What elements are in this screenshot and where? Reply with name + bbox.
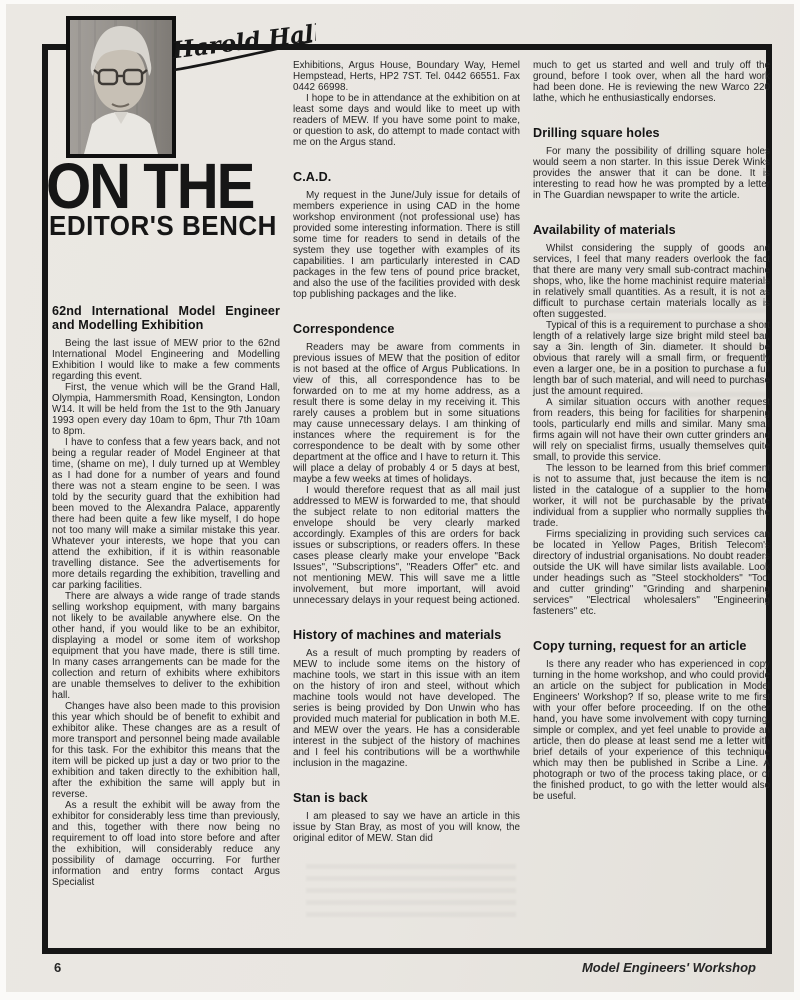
masthead-title-line2: EDITOR'S BENCH [49,210,277,243]
section-heading: Drilling square holes [533,126,770,140]
paragraph: First, the venue which will be the Grand… [52,382,280,437]
magazine-page: Harold Hall ON THE EDITOR'S BENCH 62nd I… [6,4,794,992]
signature-text: Harold Hall [170,19,316,64]
paragraph: There are always a wide range of trade s… [52,591,280,701]
paragraph: I am pleased to say we have an article i… [293,811,520,844]
article-column-1: 62nd International Model Engineer and Mo… [52,304,280,888]
article-column-3: much to get us started and well and trul… [533,60,770,802]
paragraph: Exhibitions, Argus House, Boundary Way, … [293,60,520,93]
paragraph: Typical of this is a requirement to purc… [533,320,770,397]
section-heading: 62nd International Model Engineer and Mo… [52,304,280,332]
paragraph: Whilst considering the supply of goods a… [533,243,770,320]
section-heading: Stan is back [293,791,520,805]
section-heading: Availability of materials [533,223,770,237]
editor-photo [66,16,176,158]
paragraph: Readers may be aware from comments in pr… [293,342,520,485]
paragraph: I hope to be in attendance at the exhibi… [293,93,520,148]
paragraph: I would therefore request that as all ma… [293,485,520,606]
paragraph: As a result the exhibit will be away fro… [52,800,280,888]
paragraph: Firms specializing in providing such ser… [533,529,770,617]
section-heading: Copy turning, request for an article [533,639,770,653]
article-column-2: Exhibitions, Argus House, Boundary Way, … [293,60,520,844]
paragraph: much to get us started and well and trul… [533,60,770,104]
paragraph: For many the possibility of drilling squ… [533,146,770,201]
paragraph: A similar situation occurs with another … [533,397,770,463]
paragraph: Changes have also been made to this prov… [52,701,280,800]
paragraph: I have to confess that a few years back,… [52,437,280,591]
paragraph: Is there any reader who has experienced … [533,659,770,802]
page-number: 6 [54,960,61,975]
editor-portrait-illustration [70,20,172,154]
paragraph: As a result of much prompting by readers… [293,648,520,769]
section-heading: C.A.D. [293,170,520,184]
magazine-title-footer: Model Engineers' Workshop [582,960,756,975]
section-heading: History of machines and materials [293,628,520,642]
section-heading: Correspondence [293,322,520,336]
paragraph: The lesson to be learned from this brief… [533,463,770,529]
paragraph: My request in the June/July issue for de… [293,190,520,300]
paragraph: Being the last issue of MEW prior to the… [52,338,280,382]
